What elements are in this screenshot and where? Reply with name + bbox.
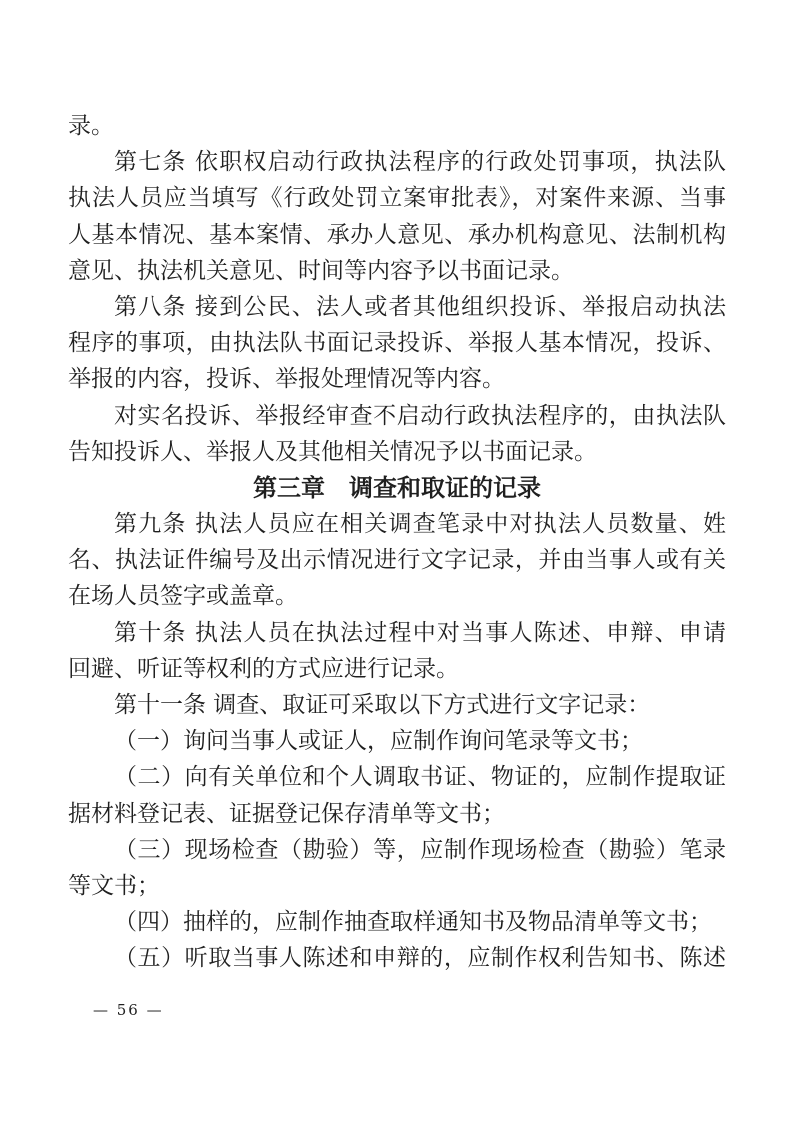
document-page: 录。第七条 依职权启动行政执法程序的行政处罚事项，执法队执法人员应当填写《行政处… — [0, 0, 793, 1122]
text-line: 人基本情况、基本案情、承办人意见、承办机构意见、法制机构 — [68, 217, 726, 253]
text-line: 程序的事项，由执法队书面记录投诉、举报人基本情况，投诉、 — [68, 325, 726, 361]
text-line: 第十条 执法人员在执法过程中对当事人陈述、申辩、申请 — [68, 615, 726, 651]
text-line: 举报的内容，投诉、举报处理情况等内容。 — [68, 361, 726, 397]
text-line: （一）询问当事人或证人，应制作询问笔录等文书； — [68, 723, 726, 759]
text-line: 在场人员签字或盖章。 — [68, 578, 726, 614]
text-line: 回避、听证等权利的方式应进行记录。 — [68, 651, 726, 687]
text-line: 意见、执法机关意见、时间等内容予以书面记录。 — [68, 253, 726, 289]
text-line: 第七条 依职权启动行政执法程序的行政处罚事项，执法队 — [68, 144, 726, 180]
text-line: 第八条 接到公民、法人或者其他组织投诉、举报启动执法 — [68, 289, 726, 325]
text-line: 等文书； — [68, 868, 726, 904]
text-line: （二）向有关单位和个人调取书证、物证的，应制作提取证 — [68, 759, 726, 795]
text-line: 第十一条 调查、取证可采取以下方式进行文字记录： — [68, 687, 726, 723]
text-line: 执法人员应当填写《行政处罚立案审批表》，对案件来源、当事 — [68, 180, 726, 216]
text-line: 据材料登记表、证据登记保存清单等文书； — [68, 796, 726, 832]
text-line: 第九条 执法人员应在相关调查笔录中对执法人员数量、姓 — [68, 506, 726, 542]
text-line: 告知投诉人、举报人及其他相关情况予以书面记录。 — [68, 434, 726, 470]
text-line: （三）现场检查（勘验）等，应制作现场检查（勘验）笔录 — [68, 832, 726, 868]
chapter-heading: 第三章 调查和取证的记录 — [68, 470, 726, 506]
text-block: 录。第七条 依职权启动行政执法程序的行政处罚事项，执法队执法人员应当填写《行政处… — [68, 108, 726, 977]
text-line: （四）抽样的，应制作抽查取样通知书及物品清单等文书； — [68, 904, 726, 940]
text-line: 录。 — [68, 108, 726, 144]
page-number: — 56 — — [93, 1001, 164, 1019]
text-line: 对实名投诉、举报经审查不启动行政执法程序的，由执法队 — [68, 398, 726, 434]
text-line: （五）听取当事人陈述和申辩的，应制作权利告知书、陈述 — [68, 940, 726, 976]
text-line: 名、执法证件编号及出示情况进行文字记录，并由当事人或有关 — [68, 542, 726, 578]
